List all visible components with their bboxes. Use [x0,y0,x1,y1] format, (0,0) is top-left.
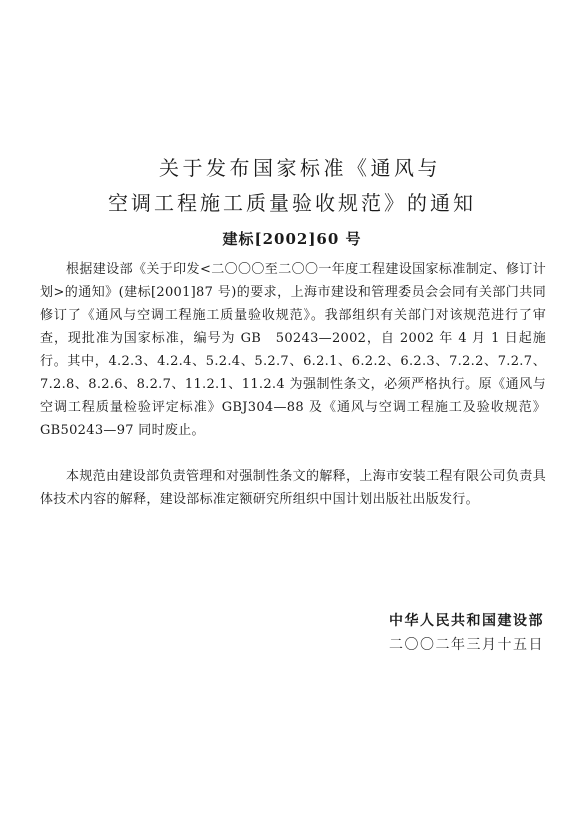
paragraph-2-container: 本规范由建设部负责管理和对强制性条文的解释，上海市安装工程有限公司负责具体技术内… [40,465,546,511]
signature-organization: 中华人民共和国建设部 [389,610,544,630]
paragraph-1-container: 根据建设部《关于印发<二〇〇〇至二〇〇一年度工程建设国家标准制定、修订计划>的通… [40,258,546,442]
title-line-1: 关于发布国家标准《通风与 [8,156,584,180]
title-line-2: 空调工程施工质量验收规范》的通知 [0,191,584,215]
document-number: 建标[2002]60 号 [0,229,584,249]
document-page: 关于发布国家标准《通风与 空调工程施工质量验收规范》的通知 建标[2002]60… [0,0,584,826]
signature-date: 二〇〇二年三月十五日 [389,634,544,654]
paragraph-1: 根据建设部《关于印发<二〇〇〇至二〇〇一年度工程建设国家标准制定、修订计划>的通… [40,258,546,442]
paragraph-2: 本规范由建设部负责管理和对强制性条文的解释，上海市安装工程有限公司负责具体技术内… [40,465,546,511]
